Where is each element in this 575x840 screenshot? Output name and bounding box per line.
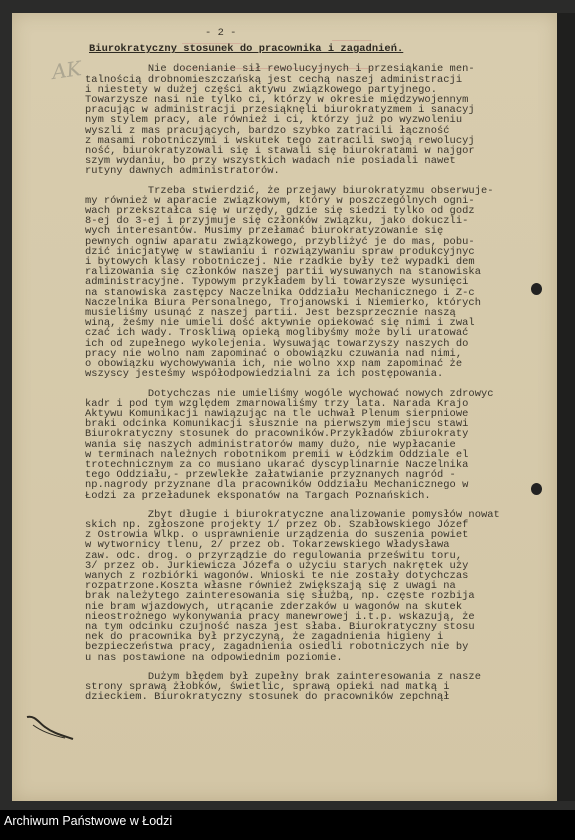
paragraph: Nie docenianie sił rewolucyjnych i przes…	[85, 64, 545, 176]
paragraph: Dużym błędem był zupełny brak zaintereso…	[85, 672, 545, 703]
text-line: Łodzi za przeładunek eksponatów na Targa…	[85, 491, 545, 501]
paragraph: Trzeba stwierdzić, że przejawy biurokrat…	[85, 186, 545, 380]
document-text: - 2 - Biurokratyczny stosunek do pracown…	[85, 28, 545, 711]
pencil-margin-note: AK	[50, 56, 82, 84]
paragraph: Dotychczas nie umieliśmy wogóle wychować…	[85, 389, 545, 501]
text-line: u nas postawione na odpowiednim poziomie…	[85, 653, 545, 663]
text-line: rutyny dawnych administratorów.	[85, 166, 545, 176]
text-line: np.nagrody przyznane dla pracowników Odd…	[85, 480, 545, 490]
text-line: dzieckiem. Biurokratyczny stosunek do pr…	[85, 692, 545, 702]
page-number: - 2 -	[85, 28, 545, 38]
text-line: wszyscy jesteśmy współodpowiedzialni za …	[85, 369, 545, 379]
ink-scrawl-icon	[25, 713, 75, 743]
paragraph: Zbyt długie i biurokratyczne analizowani…	[85, 510, 545, 663]
archive-caption: Archiwum Państwowe w Łodzi	[4, 814, 172, 828]
section-title: Biurokratyczny stosunek do pracownika i …	[89, 44, 545, 54]
scan-edge	[557, 13, 575, 801]
text-line: Biurokratyczny stosunek do pracowników.P…	[85, 429, 545, 439]
